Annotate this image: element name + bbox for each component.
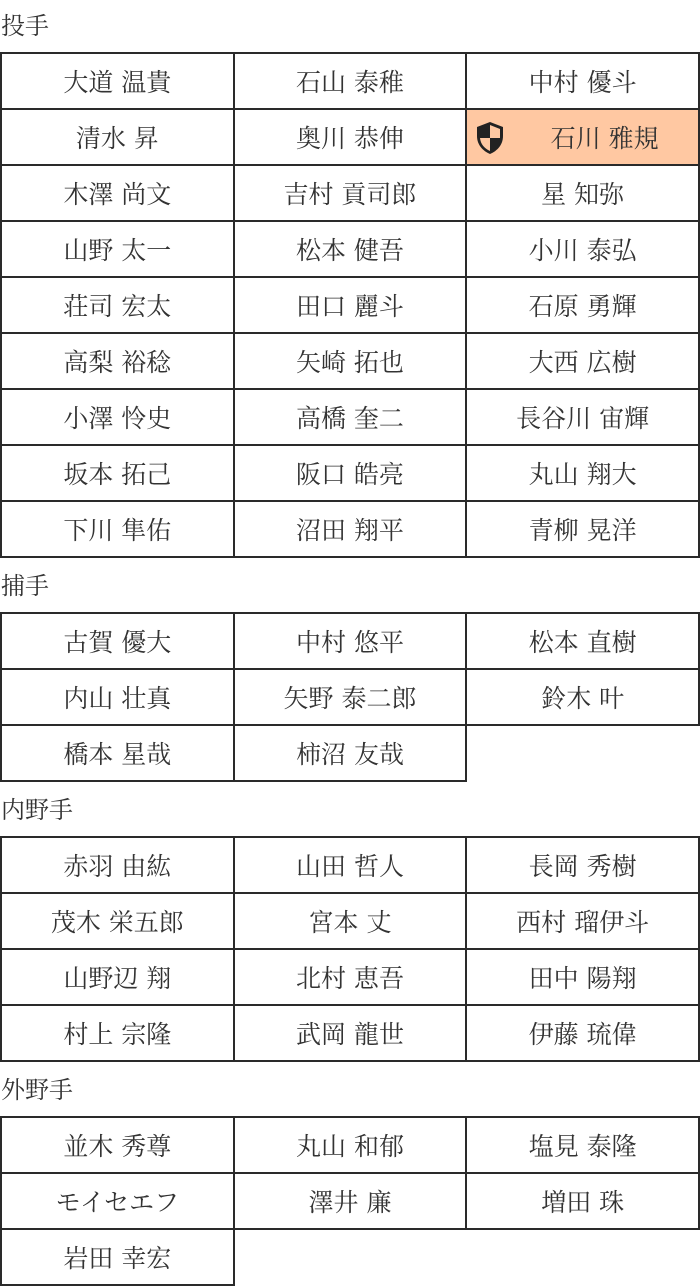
- player-cell[interactable]: 松本 健吾: [234, 221, 467, 277]
- section-title: 捕手: [0, 558, 700, 600]
- player-name: 田中 陽翔: [529, 964, 637, 993]
- player-name: 吉村 貢司郎: [283, 180, 416, 209]
- player-name: 内山 壮真: [63, 684, 171, 713]
- table-row: 荘司 宏太田口 麗斗石原 勇輝: [1, 277, 699, 333]
- table-row: 高梨 裕稔矢崎 拓也大西 広樹: [1, 333, 699, 389]
- player-cell[interactable]: 柿沼 友哉: [234, 725, 467, 781]
- player-cell[interactable]: 木澤 尚文: [1, 165, 234, 221]
- table-row: 並木 秀尊丸山 和郁塩見 泰隆: [1, 1117, 699, 1173]
- player-name: 青柳 晃洋: [529, 516, 637, 545]
- player-cell[interactable]: 青柳 晃洋: [466, 501, 699, 557]
- roster-page: 投手大道 温貴石山 泰稚中村 優斗清水 昇奥川 恭伸石川 雅規木澤 尚文吉村 貢…: [0, 0, 700, 1286]
- player-cell[interactable]: 高梨 裕稔: [1, 333, 234, 389]
- shield-icon: [475, 121, 505, 155]
- table-row: 木澤 尚文吉村 貢司郎星 知弥: [1, 165, 699, 221]
- player-cell[interactable]: 塩見 泰隆: [466, 1117, 699, 1173]
- player-cell[interactable]: 伊藤 琉偉: [466, 1005, 699, 1061]
- player-cell[interactable]: 奥川 恭伸: [234, 109, 467, 165]
- player-name: モイセエフ: [56, 1188, 180, 1217]
- player-table: 大道 温貴石山 泰稚中村 優斗清水 昇奥川 恭伸石川 雅規木澤 尚文吉村 貢司郎…: [0, 52, 700, 558]
- player-cell[interactable]: 長谷川 宙輝: [466, 389, 699, 445]
- table-row: 岩田 幸宏: [1, 1229, 699, 1285]
- player-name: 伊藤 琉偉: [529, 1020, 637, 1049]
- player-cell[interactable]: 阪口 皓亮: [234, 445, 467, 501]
- player-cell[interactable]: 荘司 宏太: [1, 277, 234, 333]
- player-name: 古賀 優大: [63, 628, 171, 657]
- player-cell[interactable]: 並木 秀尊: [1, 1117, 234, 1173]
- player-cell[interactable]: 清水 昇: [1, 109, 234, 165]
- player-cell[interactable]: 澤井 廉: [234, 1173, 467, 1229]
- player-table: 古賀 優大中村 悠平松本 直樹内山 壮真矢野 泰二郎鈴木 叶橋本 星哉柿沼 友哉: [0, 612, 700, 782]
- table-row: 小澤 怜史高橋 奎二長谷川 宙輝: [1, 389, 699, 445]
- player-name: 坂本 拓己: [63, 460, 171, 489]
- player-cell[interactable]: 大道 温貴: [1, 53, 234, 109]
- table-row: 山野辺 翔北村 恵吾田中 陽翔: [1, 949, 699, 1005]
- player-cell[interactable]: 高橋 奎二: [234, 389, 467, 445]
- player-cell[interactable]: 矢野 泰二郎: [234, 669, 467, 725]
- player-cell[interactable]: 北村 恵吾: [234, 949, 467, 1005]
- player-cell[interactable]: 茂木 栄五郎: [1, 893, 234, 949]
- player-name: 岩田 幸宏: [63, 1244, 171, 1273]
- player-cell-selected[interactable]: 石川 雅規: [466, 109, 699, 165]
- empty-cell: [466, 1229, 699, 1285]
- player-cell[interactable]: 岩田 幸宏: [1, 1229, 234, 1285]
- player-name: 塩見 泰隆: [529, 1132, 637, 1161]
- player-cell[interactable]: 長岡 秀樹: [466, 837, 699, 893]
- player-name: 大西 広樹: [529, 348, 637, 377]
- section-title: 外野手: [0, 1062, 700, 1104]
- player-cell[interactable]: 大西 広樹: [466, 333, 699, 389]
- player-name: 石川 雅規: [507, 124, 659, 153]
- player-name: 中村 悠平: [296, 628, 404, 657]
- player-name: 山野辺 翔: [63, 964, 171, 993]
- table-row: 内山 壮真矢野 泰二郎鈴木 叶: [1, 669, 699, 725]
- table-row: 赤羽 由紘山田 哲人長岡 秀樹: [1, 837, 699, 893]
- position-section: 投手大道 温貴石山 泰稚中村 優斗清水 昇奥川 恭伸石川 雅規木澤 尚文吉村 貢…: [0, 0, 700, 558]
- player-cell[interactable]: 星 知弥: [466, 165, 699, 221]
- player-cell[interactable]: 坂本 拓己: [1, 445, 234, 501]
- player-cell[interactable]: 山田 哲人: [234, 837, 467, 893]
- player-cell[interactable]: 宮本 丈: [234, 893, 467, 949]
- section-title: 投手: [0, 0, 700, 40]
- player-cell[interactable]: 中村 悠平: [234, 613, 467, 669]
- player-cell[interactable]: 丸山 翔大: [466, 445, 699, 501]
- player-name: 澤井 廉: [309, 1188, 392, 1217]
- player-name: 松本 直樹: [529, 628, 637, 657]
- table-row: 橋本 星哉柿沼 友哉: [1, 725, 699, 781]
- player-cell[interactable]: 沼田 翔平: [234, 501, 467, 557]
- player-name: 小川 泰弘: [529, 236, 637, 265]
- player-name: 荘司 宏太: [63, 292, 171, 321]
- player-cell[interactable]: 田口 麗斗: [234, 277, 467, 333]
- player-cell[interactable]: 石山 泰稚: [234, 53, 467, 109]
- player-name: 長岡 秀樹: [529, 852, 637, 881]
- player-cell[interactable]: 山野辺 翔: [1, 949, 234, 1005]
- player-name: 高梨 裕稔: [63, 348, 171, 377]
- player-name: 武岡 龍世: [296, 1020, 404, 1049]
- player-name: 大道 温貴: [63, 68, 171, 97]
- player-name: 赤羽 由紘: [63, 852, 171, 881]
- player-cell[interactable]: 石原 勇輝: [466, 277, 699, 333]
- player-cell[interactable]: 内山 壮真: [1, 669, 234, 725]
- player-cell[interactable]: 村上 宗隆: [1, 1005, 234, 1061]
- position-section: 内野手赤羽 由紘山田 哲人長岡 秀樹茂木 栄五郎宮本 丈西村 瑠伊斗山野辺 翔北…: [0, 782, 700, 1062]
- player-name: 西村 瑠伊斗: [516, 908, 649, 937]
- player-cell[interactable]: 吉村 貢司郎: [234, 165, 467, 221]
- player-table: 赤羽 由紘山田 哲人長岡 秀樹茂木 栄五郎宮本 丈西村 瑠伊斗山野辺 翔北村 恵…: [0, 836, 700, 1062]
- table-row: モイセエフ澤井 廉増田 珠: [1, 1173, 699, 1229]
- player-name: 長谷川 宙輝: [516, 404, 649, 433]
- player-name: 村上 宗隆: [63, 1020, 171, 1049]
- table-row: 村上 宗隆武岡 龍世伊藤 琉偉: [1, 1005, 699, 1061]
- player-name: 丸山 翔大: [529, 460, 637, 489]
- player-name: 田口 麗斗: [296, 292, 404, 321]
- player-cell[interactable]: 増田 珠: [466, 1173, 699, 1229]
- player-cell[interactable]: 古賀 優大: [1, 613, 234, 669]
- player-cell[interactable]: 田中 陽翔: [466, 949, 699, 1005]
- player-table: 並木 秀尊丸山 和郁塩見 泰隆モイセエフ澤井 廉増田 珠岩田 幸宏: [0, 1116, 700, 1286]
- player-cell[interactable]: 武岡 龍世: [234, 1005, 467, 1061]
- player-name: 北村 恵吾: [296, 964, 404, 993]
- player-name: 下川 隼佑: [63, 516, 171, 545]
- position-section: 捕手古賀 優大中村 悠平松本 直樹内山 壮真矢野 泰二郎鈴木 叶橋本 星哉柿沼 …: [0, 558, 700, 782]
- player-name: 増田 珠: [541, 1188, 624, 1217]
- table-row: 山野 太一松本 健吾小川 泰弘: [1, 221, 699, 277]
- player-name: 小澤 怜史: [63, 404, 171, 433]
- player-name: 清水 昇: [76, 124, 159, 153]
- player-name: 矢野 泰二郎: [284, 684, 417, 713]
- player-name: 石山 泰稚: [296, 68, 404, 97]
- table-row: 茂木 栄五郎宮本 丈西村 瑠伊斗: [1, 893, 699, 949]
- player-name: 木澤 尚文: [63, 180, 171, 209]
- player-name: 丸山 和郁: [296, 1132, 404, 1161]
- table-row: 清水 昇奥川 恭伸石川 雅規: [1, 109, 699, 165]
- player-cell[interactable]: 矢崎 拓也: [234, 333, 467, 389]
- player-name: 茂木 栄五郎: [51, 908, 184, 937]
- section-title: 内野手: [0, 782, 700, 824]
- table-row: 下川 隼佑沼田 翔平青柳 晃洋: [1, 501, 699, 557]
- empty-cell: [466, 725, 699, 781]
- player-cell[interactable]: 下川 隼佑: [1, 501, 234, 557]
- player-name: 中村 優斗: [529, 68, 637, 97]
- position-section: 外野手並木 秀尊丸山 和郁塩見 泰隆モイセエフ澤井 廉増田 珠岩田 幸宏: [0, 1062, 700, 1286]
- player-name: 山野 太一: [63, 236, 171, 265]
- player-cell[interactable]: 松本 直樹: [466, 613, 699, 669]
- player-name: 松本 健吾: [296, 236, 404, 265]
- table-row: 古賀 優大中村 悠平松本 直樹: [1, 613, 699, 669]
- player-cell[interactable]: 山野 太一: [1, 221, 234, 277]
- player-name: 高橋 奎二: [296, 404, 404, 433]
- player-name: 宮本 丈: [309, 908, 392, 937]
- player-name: 矢崎 拓也: [296, 348, 404, 377]
- player-name: 沼田 翔平: [296, 516, 404, 545]
- player-name: 阪口 皓亮: [296, 460, 404, 489]
- player-cell[interactable]: 丸山 和郁: [234, 1117, 467, 1173]
- player-name: 石原 勇輝: [529, 292, 637, 321]
- table-row: 大道 温貴石山 泰稚中村 優斗: [1, 53, 699, 109]
- empty-cell: [234, 1229, 467, 1285]
- player-name: 山田 哲人: [296, 852, 404, 881]
- player-name: 鈴木 叶: [541, 684, 624, 713]
- player-name: 星 知弥: [541, 180, 624, 209]
- player-cell[interactable]: 鈴木 叶: [466, 669, 699, 725]
- player-name: 橋本 星哉: [63, 740, 171, 769]
- player-name: 並木 秀尊: [63, 1132, 171, 1161]
- table-row: 坂本 拓己阪口 皓亮丸山 翔大: [1, 445, 699, 501]
- player-cell[interactable]: 西村 瑠伊斗: [466, 893, 699, 949]
- player-cell[interactable]: 中村 優斗: [466, 53, 699, 109]
- player-name: 奥川 恭伸: [296, 124, 404, 153]
- player-cell[interactable]: 橋本 星哉: [1, 725, 234, 781]
- player-cell[interactable]: 小川 泰弘: [466, 221, 699, 277]
- player-cell[interactable]: モイセエフ: [1, 1173, 234, 1229]
- player-name: 柿沼 友哉: [296, 740, 404, 769]
- player-cell[interactable]: 小澤 怜史: [1, 389, 234, 445]
- player-cell[interactable]: 赤羽 由紘: [1, 837, 234, 893]
